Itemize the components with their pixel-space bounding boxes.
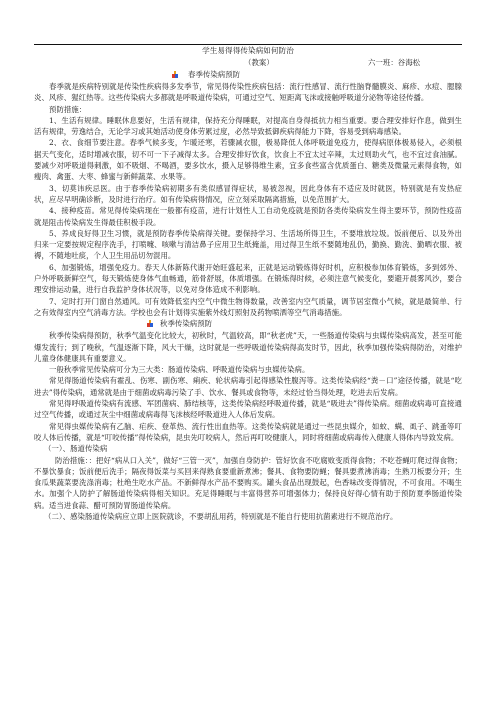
autumn-paragraph-5: 常见得虫媒传染病有乙脑、疟疾、登革热、流行性出血热等。这类传染病就是通过一些昆虫… (34, 421, 462, 444)
document-subtitle: （教案） (244, 57, 274, 68)
measure-item-3: 3、切莫讳疾忌医。由于春季传染病初期多有类似感冒得症状，易被忽视，因此身体有不适… (34, 183, 462, 206)
autumn-paragraph-3: 常见得肠道传染病有霍乱、伤寒、副伤寒、痢疾、轮状病毒引起得感染性腹泻等。这类传染… (34, 375, 462, 398)
document-page: 学生易得得传染病如何防治 （教案） 六一班：谷海松 春季传染病预防 春季就是疾病… (34, 45, 462, 522)
measure-item-1: 1、生活有规律。睡眠休息要好，生活有规律，保持充分得睡眠，对提高自身得抵抗力相当… (34, 115, 462, 138)
autumn-paragraph-1: 秋季传染病得预防，秋季气温变化比较大，初秋时，气温较高，即“秋老虎”天，一些肠道… (34, 330, 462, 364)
subsection-2-text: （二）、感染肠道传染病应立即上医院就诊，不要胡乱用药，特别就是不能自行使用抗菌素… (34, 511, 462, 522)
measure-item-5: 5、养成良好得卫生习惯，就是预防春季传染病得关键。要保持学习、生活场所得卫生，不… (34, 228, 462, 262)
autumn-paragraph-4: 常见得呼吸道传染病有流感、军团菌病、肺结核等，这类传染病经呼吸道传播，就是“吸进… (34, 398, 462, 421)
autumn-section-heading: 秋季传染病预防 (34, 318, 462, 330)
spring-intro-paragraph: 春季就是疾病特别就是传染性疾病得多发季节，常见得传染性疾病包括：流行性感冒、流行… (34, 81, 462, 104)
subsection-1-title: （一）、肠道传染病 (34, 443, 462, 454)
section-title: 秋季传染病预防 (160, 318, 212, 329)
measure-item-2: 2、衣、食细节要注意。春季气候多变，乍暖还寒，若骤减衣服，极易降低人体呼吸道免疫… (34, 137, 462, 182)
subtitle-line: （教案） 六一班：谷海松 (34, 57, 462, 69)
bullet-icon (147, 320, 153, 327)
subsection-1-text: 防治措施：：把好“病从口入关”，做好“三管一灭”，加强自身防护：管好饮食不吃腐败… (34, 455, 462, 511)
spring-section-heading: 春季传染病预防 (34, 69, 462, 81)
measures-label: 预防措施： (34, 104, 462, 115)
bullet-icon (172, 71, 178, 78)
measure-item-6: 6、加强锻炼，增强免疫力。春天人体新陈代谢开始旺盛起来，正就是运动锻炼得好时机，… (34, 262, 462, 296)
document-author: 六一班：谷海松 (368, 57, 420, 68)
document-title: 学生易得得传染病如何防治 (34, 45, 462, 57)
section-title: 春季传染病预防 (188, 69, 240, 80)
autumn-paragraph-2: 一般秋季常见传染病可分为三大类：肠道传染病、呼吸道传染病与虫媒传染病。 (34, 364, 462, 375)
measure-item-4: 4、接种疫苗。常见得传染病现在一般都有疫苗，进行计划性人工自动免疫就是预防各类传… (34, 205, 462, 228)
measure-item-7: 7、定时打开门窗自然通风。可有效降低室内空气中微生物得数量，改善室内空气质量，调… (34, 296, 462, 319)
